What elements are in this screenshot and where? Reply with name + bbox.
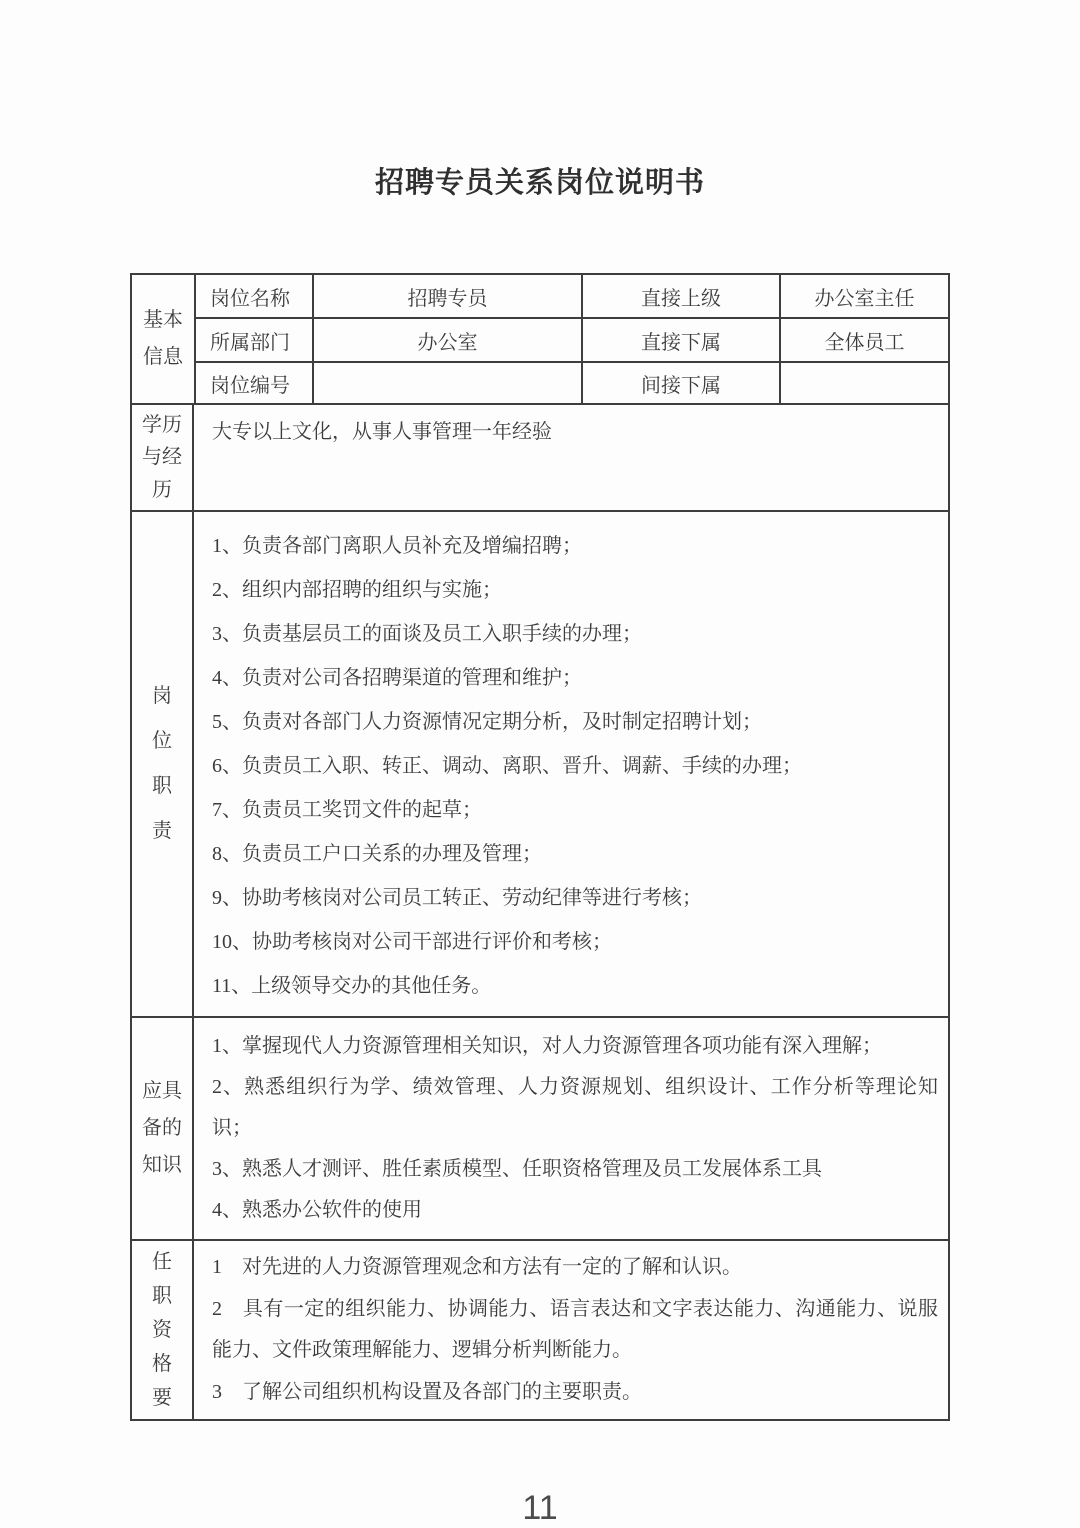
duty-item: 9、协助考核岗对公司员工转正、劳动纪律等进行考核；	[212, 876, 938, 920]
education-content: 大专以上文化，从事人事管理一年经验	[194, 405, 948, 495]
document-page: 招聘专员关系岗位说明书 基本 信息 岗位名称 招聘专员 直接上级 办公室主任 所…	[0, 0, 1080, 1528]
knowledge-label: 应具 备的 知识	[132, 1018, 194, 1239]
value-position-number	[312, 361, 581, 403]
page-title: 招聘专员关系岗位说明书	[0, 0, 1080, 201]
duty-item: 5、负责对各部门人力资源情况定期分析，及时制定招聘计划；	[212, 700, 938, 744]
duty-item: 7、负责员工奖罚文件的起草；	[212, 788, 938, 832]
duty-item: 1、负责各部门离职人员补充及增编招聘；	[212, 524, 938, 568]
qualification-label: 任 职 资 格 要	[132, 1241, 194, 1419]
value-direct-subordinates: 全体员工	[779, 317, 948, 361]
value-department: 办公室	[312, 317, 581, 361]
section-education: 学历 与经 历 大专以上文化，从事人事管理一年经验	[132, 405, 948, 512]
job-description-table: 基本 信息 岗位名称 招聘专员 直接上级 办公室主任 所属部门 办公室 直接下属…	[130, 273, 950, 1421]
knowledge-item: 4、熟悉办公软件的使用	[212, 1190, 938, 1231]
page-number: 11	[0, 1489, 1080, 1528]
field-position-name: 岗位名称	[194, 275, 312, 317]
qualification-item: 1 对先进的人力资源管理观念和方法有一定的了解和认识。	[212, 1247, 938, 1289]
duty-item: 6、负责员工入职、转正、调动、离职、晋升、调薪、手续的办理；	[212, 744, 938, 788]
section-basic-info: 基本 信息 岗位名称 招聘专员 直接上级 办公室主任 所属部门 办公室 直接下属…	[132, 275, 948, 405]
basic-info-label: 基本 信息	[132, 275, 194, 403]
field-direct-subordinates: 直接下属	[581, 317, 779, 361]
qualification-item: 2 具有一定的组织能力、协调能力、语言表达和文字表达能力、沟通能力、说服能力、文…	[212, 1289, 938, 1372]
duty-item: 11、上级领导交办的其他任务。	[212, 964, 938, 1008]
duties-label: 岗 位 职 责	[132, 512, 194, 1016]
section-knowledge: 应具 备的 知识 1、掌握现代人力资源管理相关知识，对人力资源管理各项功能有深入…	[132, 1018, 948, 1241]
duty-item: 8、负责员工户口关系的办理及管理；	[212, 832, 938, 876]
knowledge-item: 3、熟悉人才测评、胜任素质模型、任职资格管理及员工发展体系工具	[212, 1149, 938, 1190]
value-indirect-subordinates	[779, 361, 948, 403]
value-position-name: 招聘专员	[312, 275, 581, 317]
field-department: 所属部门	[194, 317, 312, 361]
knowledge-item: 1、掌握现代人力资源管理相关知识，对人力资源管理各项功能有深入理解；	[212, 1026, 938, 1067]
knowledge-item: 2、熟悉组织行为学、绩效管理、人力资源规划、组织设计、工作分析等理论知识；	[212, 1067, 938, 1149]
field-indirect-subordinates: 间接下属	[581, 361, 779, 403]
duties-content: 1、负责各部门离职人员补充及增编招聘； 2、组织内部招聘的组织与实施； 3、负责…	[194, 512, 948, 1016]
field-position-number: 岗位编号	[194, 361, 312, 403]
field-direct-superior: 直接上级	[581, 275, 779, 317]
duty-item: 10、协助考核岗对公司干部进行评价和考核；	[212, 920, 938, 964]
qualification-content: 1 对先进的人力资源管理观念和方法有一定的了解和认识。 2 具有一定的组织能力、…	[194, 1241, 948, 1419]
section-duties: 岗 位 职 责 1、负责各部门离职人员补充及增编招聘； 2、组织内部招聘的组织与…	[132, 512, 948, 1018]
duty-item: 4、负责对公司各招聘渠道的管理和维护；	[212, 656, 938, 700]
qualification-item: 3 了解公司组织机构设置及各部门的主要职责。	[212, 1372, 938, 1414]
duty-item: 2、组织内部招聘的组织与实施；	[212, 568, 938, 612]
section-qualification: 任 职 资 格 要 1 对先进的人力资源管理观念和方法有一定的了解和认识。 2 …	[132, 1241, 948, 1419]
duty-item: 3、负责基层员工的面谈及员工入职手续的办理；	[212, 612, 938, 656]
value-direct-superior: 办公室主任	[779, 275, 948, 317]
knowledge-content: 1、掌握现代人力资源管理相关知识，对人力资源管理各项功能有深入理解； 2、熟悉组…	[194, 1018, 948, 1239]
education-label: 学历 与经 历	[132, 405, 194, 510]
